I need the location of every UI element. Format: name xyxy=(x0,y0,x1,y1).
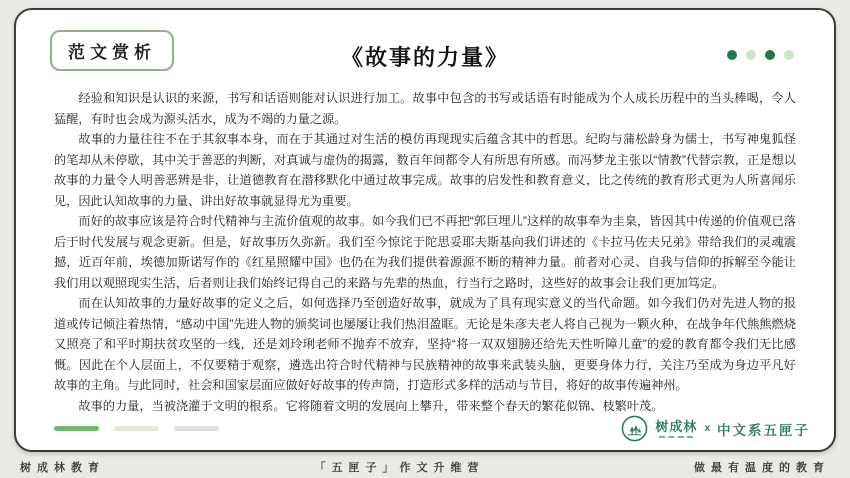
brand-partner: 中文系五匣子 xyxy=(717,419,810,439)
dot-dark-green-icon xyxy=(765,50,775,60)
footer-left-label: 树成林教育 xyxy=(20,459,105,475)
essay-body: 经验和知识是认识的来源，书写和话语则能对认识进行加工。故事中包含的书写或话语有时… xyxy=(54,88,796,416)
brand-name-block: 树成林 xyxy=(655,420,697,438)
brand-name: 树成林 xyxy=(655,420,697,433)
slide-card: 范文赏析 《故事的力量》 经验和知识是认识的来源，书写和话语则能对认识进行加工。… xyxy=(14,8,836,452)
progress-bars xyxy=(54,426,219,431)
forest-emblem-icon xyxy=(621,415,648,442)
brand-separator: x xyxy=(704,423,710,434)
essay-paragraph: 经验和知识是认识的来源，书写和话语则能对认识进行加工。故事中包含的书写或话语有时… xyxy=(54,88,796,129)
page-footer: 树成林教育 「五匣子」作文升维营 做最有温度的教育 xyxy=(0,459,850,475)
essay-paragraph: 而好的故事应该是符合时代精神与主流价值观的故事。如今我们已不再把“郭巨埋儿”这样… xyxy=(54,211,796,293)
footer-center-label: 「五匣子」作文升维营 xyxy=(315,459,485,475)
essay-paragraph: 故事的力量往往不在于其叙事本身，而在于其通过对生活的模仿再现现实后蕴含其中的哲思… xyxy=(54,129,796,211)
card-footer: 树成林 x 中文系五匣子 xyxy=(40,415,814,442)
dot-light-green-icon xyxy=(746,50,756,60)
brand-logo: 树成林 x 中文系五匣子 xyxy=(621,415,810,442)
progress-bar-gray xyxy=(174,426,219,431)
progress-bar-green xyxy=(54,426,99,431)
brand-tagline-rule xyxy=(659,436,693,438)
footer-right-label: 做最有温度的教育 xyxy=(694,459,830,475)
essay-paragraph: 故事的力量，当被浇灌于文明的根系。它将随着文明的发展向上攀升，带来整个春天的繁花… xyxy=(54,396,796,417)
dot-light-green-icon xyxy=(784,50,794,60)
essay-paragraph: 而在认知故事的力量好故事的定义之后，如何选择乃至创造好故事，就成为了具有现实意义… xyxy=(54,293,796,396)
dot-dark-green-icon xyxy=(727,50,737,60)
status-dots xyxy=(727,50,794,60)
progress-bar-beige xyxy=(114,426,159,431)
section-badge: 范文赏析 xyxy=(50,30,174,71)
